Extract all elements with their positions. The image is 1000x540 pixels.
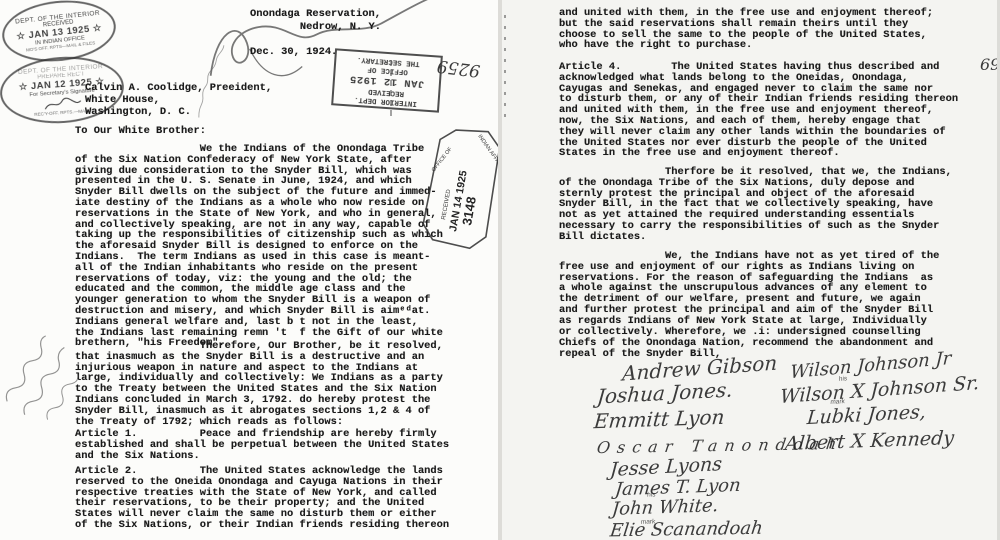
paragraph-article-2: Article 2. The United States acknowledge…: [75, 466, 449, 531]
paragraph-body-1: We the Indians of the Onondaga Tribe of …: [75, 144, 443, 349]
margin-handwriting: [5, 318, 97, 450]
stamp-line: OFFICE OF: [431, 146, 454, 173]
signature-emmitt-lyon: Emmitt Lyon: [593, 405, 726, 434]
signature-john-white: John White. his mark: [611, 495, 719, 520]
received-stamp-indian-affairs: JAN 14 1925 3148 RECEIVED OFFICE OF INDI…: [426, 126, 498, 252]
signature-elie-scanandoah: Elie Scanandoah: [609, 518, 764, 540]
paragraph-resolved: Therfore be it resolved, that we, the In…: [559, 167, 952, 243]
paragraph-article-1: Article 1. Peace and friendship are here…: [75, 429, 449, 461]
paragraph-article-4: Article 4. The United States having thus…: [559, 62, 958, 159]
salutation: To Our White Brother:: [75, 126, 206, 137]
his-mark-label: his: [647, 491, 656, 498]
pen-dash-mark: [390, 60, 392, 116]
handwritten-number: 9259: [436, 55, 481, 80]
signature-albert-kennedy: Albert X Kennedy: [784, 427, 955, 455]
his-mark-label: mark: [830, 398, 845, 406]
stamp-line: INDIAN AFFAIRS: [476, 134, 498, 173]
signature-joshua-jones: Joshua Jones.: [596, 377, 734, 408]
paragraph-body-2: Therefore, Our Brother, be it resolved, …: [75, 341, 443, 427]
letter-page-1: DEPT. OF THE INTERIOR RECEIVED ☆ JAN 13 …: [0, 0, 498, 540]
letter-page-2: and united with them, in the free use an…: [502, 0, 1000, 540]
signature-name: John White.: [611, 495, 719, 520]
paragraph-not-tired: We, the Indians have not as yet tired of…: [559, 251, 939, 337]
scan-edge-marks: [504, 15, 506, 120]
his-mark-label: his: [839, 375, 848, 383]
paragraph-article2-continued: and united with them, in the free use an…: [559, 8, 933, 51]
signature-lubki-jones: Lubki Jones, mark: [806, 401, 927, 429]
recipient-address: Calvin A. Coolidge, Preeident, White Hou…: [85, 82, 272, 118]
received-stamp-interior-dept: INTERIOR DEPT. RECEIVED JAN 12 1925 OFFI…: [331, 48, 443, 112]
signature-name: Lubki Jones,: [806, 401, 927, 429]
